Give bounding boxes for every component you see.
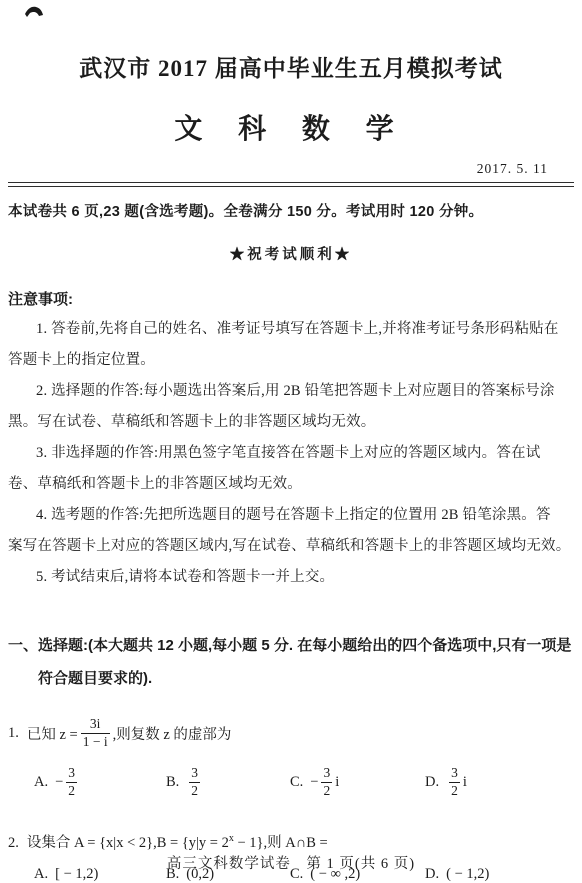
subject-title: 文 科 数 学 [0,107,582,147]
option-sign: − [55,774,63,791]
section-1-heading-line-1: 一、选择题:(本大题共 12 小题,每小题 5 分. 在每小题给出的四个备选项中… [8,629,574,662]
notice-item-1-line-2: 答题卡上的指定位置。 [8,345,574,376]
notice-item-3-line-2: 卷、草稿纸和答题卡上的非答题区域均无效。 [8,469,574,500]
question-1-fraction: 3i 1 − i [81,716,110,751]
fraction-numerator: 3i [88,716,103,733]
option-label: C. [290,774,303,791]
notice-item-3-line-1: 3. 非选择题的作答:用黑色签字笔直接答在答题卡上对应的答题区域内。答在试 [8,438,574,469]
question-1-tail-text: ,则复数 z 的虚部为 [113,723,232,744]
fraction-denominator: 2 [189,782,200,800]
option-suffix: i [335,774,339,791]
option-sign: − [310,774,318,791]
fraction-numerator: 3 [449,765,460,782]
exam-paper-page: 武汉市 2017 届高中毕业生五月模拟考试 文 科 数 学 2017. 5. 1… [0,0,582,883]
option-fraction: 3 2 [321,765,332,800]
fraction-denominator: 2 [66,782,77,800]
notice-item-2-line-2: 黑。写在试卷、草稿纸和答题卡上的非答题区域均无效。 [8,407,574,438]
question-1-number: 1. [8,725,19,742]
question-1-lead-text: 已知 z = [27,723,78,744]
option-1-C: C. − 3 2 i [290,765,425,800]
fraction-denominator: 2 [449,782,460,800]
scan-artifact-mark [24,5,44,18]
option-suffix: i [463,774,467,791]
section-1-heading-line-2: 符合题目要求的). [8,662,574,695]
section-1-heading: 一、选择题:(本大题共 12 小题,每小题 5 分. 在每小题给出的四个备选项中… [8,629,574,695]
page-title: 武汉市 2017 届高中毕业生五月模拟考试 [0,50,582,83]
page-footer: 高三文科数学试卷 第 1 页(共 6 页) [0,852,582,873]
question-2-number: 2. [8,835,19,851]
option-fraction: 3 2 [449,765,460,800]
option-label: A. [34,774,48,791]
good-luck-line: ★祝考试顺利★ [0,243,582,264]
notice-item-2-line-1: 2. 选择题的作答:每小题选出答案后,用 2B 铅笔把答题卡上对应题目的答案标号… [8,376,574,407]
option-label: D. [425,774,439,791]
option-label: B. [166,774,179,791]
question-2-pre-text: 设集合 A = {x|x < 2},B = {y|y = 2 [27,835,229,851]
notice-item-4-line-1: 4. 选考题的作答:先把所选题目的题号在答题卡上指定的位置用 2B 铅笔涂黑。答 [8,500,574,531]
option-1-B: B. 3 2 [166,765,290,800]
fraction-numerator: 3 [66,765,77,782]
option-1-D: D. 3 2 i [425,765,574,800]
double-rule-divider [8,182,574,187]
notices-heading: 注意事项: [8,288,574,309]
option-1-A: A. − 3 2 [34,765,166,800]
option-fraction: 3 2 [66,765,77,800]
notice-item-1-line-1: 1. 答卷前,先将自己的姓名、准考证号填写在答题卡上,并将准考证号条形码粘贴在 [8,314,574,345]
question-1-options: A. − 3 2 B. 3 2 C. − 3 2 i [34,765,574,800]
notice-item-4-line-2: 案写在答题卡上对应的答题区域内,写在试卷、草稿纸和答题卡上的非答题区域均无效。 [8,531,574,562]
notices-list: 1. 答卷前,先将自己的姓名、准考证号填写在答题卡上,并将准考证号条形码粘贴在 … [0,314,582,593]
fraction-denominator: 2 [321,782,332,800]
question-2-post-text: − 1},则 A∩B = [234,835,328,851]
exam-date: 2017. 5. 11 [0,161,582,177]
fraction-numerator: 3 [321,765,332,782]
fraction-numerator: 3 [189,765,200,782]
question-1-stem: 1. 已知 z = 3i 1 − i ,则复数 z 的虚部为 [8,711,574,755]
notice-item-5-line-1: 5. 考试结束后,请将本试卷和答题卡一并上交。 [8,562,574,593]
paper-summary: 本试卷共 6 页,23 题(含选考题)。全卷满分 150 分。考试用时 120 … [8,200,574,221]
option-fraction: 3 2 [189,765,200,800]
fraction-denominator: 1 − i [81,733,110,751]
